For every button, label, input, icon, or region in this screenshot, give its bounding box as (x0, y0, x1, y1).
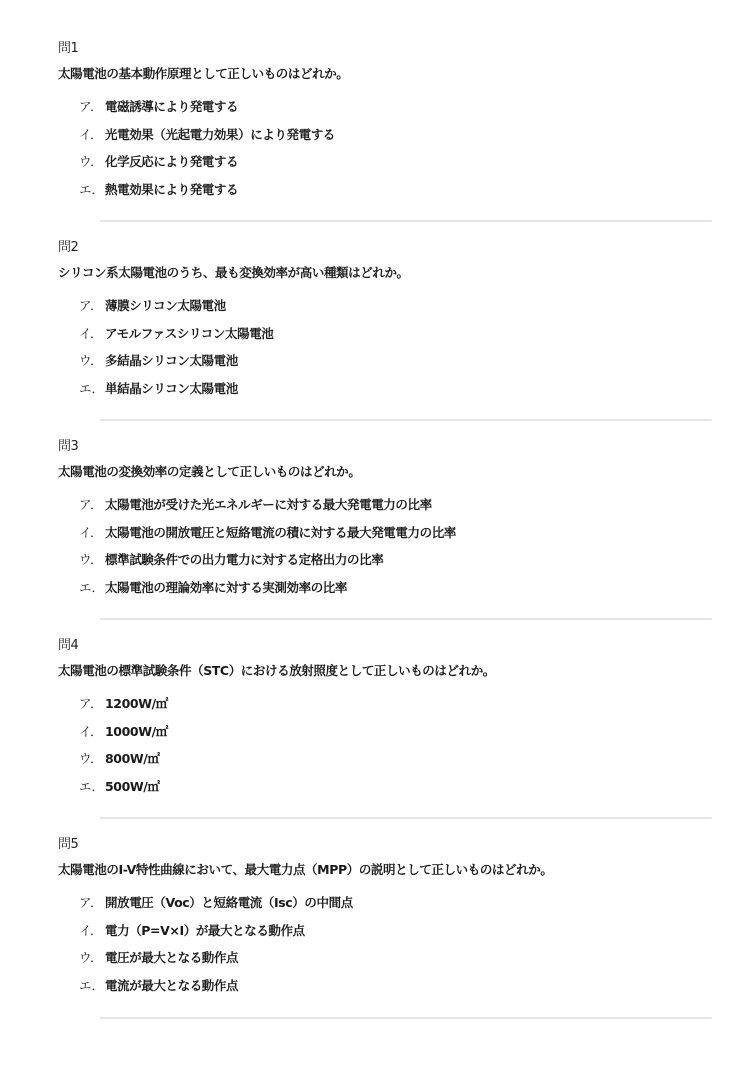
option-text: 光電効果（光起電力効果）により発電する (105, 127, 335, 143)
question-number: 問5 (58, 837, 78, 853)
question-2: 問2 シリコン系太陽電池のうち、最も変換効率が高い種類はどれか。 ア．薄膜シリコ… (0, 240, 742, 439)
option-marker: エ． (79, 978, 105, 994)
question-text: 太陽電池の基本動作原理として正しいものはどれか。 (58, 66, 348, 82)
option-b[interactable]: イ．電力（P=V×I）が最大となる動作点 (79, 923, 353, 951)
option-marker: ウ． (79, 950, 105, 966)
question-text: シリコン系太陽電池のうち、最も変換効率が高い種類はどれか。 (58, 265, 409, 281)
option-marker: ア． (79, 99, 105, 115)
option-d[interactable]: エ．太陽電池の理論効率に対する実測効率の比率 (79, 580, 456, 608)
option-b[interactable]: イ．1000W/㎡ (79, 724, 168, 752)
option-marker: エ． (79, 381, 105, 397)
question-4: 問4 太陽電池の標準試験条件（STC）における放射照度として正しいものはどれか。… (0, 638, 742, 837)
option-text: 開放電圧（Voc）と短絡電流（Isc）の中間点 (105, 895, 353, 911)
option-a[interactable]: ア．電磁誘導により発電する (79, 99, 335, 127)
divider (100, 817, 712, 819)
divider (100, 1017, 712, 1019)
option-c[interactable]: ウ．化学反応により発電する (79, 154, 335, 182)
question-3: 問3 太陽電池の変換効率の定義として正しいものはどれか。 ア．太陽電池が受けた光… (0, 439, 742, 638)
question-number: 問4 (58, 638, 78, 654)
option-list: ア．開放電圧（Voc）と短絡電流（Isc）の中間点 イ．電力（P=V×I）が最大… (79, 895, 353, 1005)
option-text: 太陽電池が受けた光エネルギーに対する最大発電電力の比率 (105, 497, 432, 513)
option-text: 標準試験条件での出力電力に対する定格出力の比率 (105, 552, 383, 568)
option-b[interactable]: イ．太陽電池の開放電圧と短絡電流の積に対する最大発電電力の比率 (79, 525, 456, 553)
option-a[interactable]: ア．1200W/㎡ (79, 696, 168, 724)
option-text: 500W/㎡ (105, 779, 160, 795)
option-marker: イ． (79, 923, 105, 939)
option-a[interactable]: ア．開放電圧（Voc）と短絡電流（Isc）の中間点 (79, 895, 353, 923)
option-d[interactable]: エ．電流が最大となる動作点 (79, 978, 353, 1006)
option-marker: ウ． (79, 552, 105, 568)
option-marker: イ． (79, 525, 105, 541)
question-number: 問2 (58, 240, 78, 256)
question-text: 太陽電池の標準試験条件（STC）における放射照度として正しいものはどれか。 (58, 663, 495, 679)
option-list: ア．1200W/㎡ イ．1000W/㎡ ウ．800W/㎡ エ．500W/㎡ (79, 696, 168, 806)
option-marker: エ． (79, 580, 105, 596)
question-number: 問1 (58, 41, 78, 57)
option-marker: ア． (79, 696, 105, 712)
option-list: ア．太陽電池が受けた光エネルギーに対する最大発電電力の比率 イ．太陽電池の開放電… (79, 497, 456, 607)
option-c[interactable]: ウ．標準試験条件での出力電力に対する定格出力の比率 (79, 552, 456, 580)
question-text: 太陽電池の変換効率の定義として正しいものはどれか。 (58, 464, 361, 480)
option-list: ア．電磁誘導により発電する イ．光電効果（光起電力効果）により発電する ウ．化学… (79, 99, 335, 209)
option-marker: エ． (79, 182, 105, 198)
option-text: アモルファスシリコン太陽電池 (105, 326, 273, 342)
option-marker: イ． (79, 724, 105, 740)
option-marker: ア． (79, 895, 105, 911)
question-number: 問3 (58, 439, 78, 455)
option-text: 1000W/㎡ (105, 724, 168, 740)
question-1: 問1 太陽電池の基本動作原理として正しいものはどれか。 ア．電磁誘導により発電す… (0, 41, 742, 240)
option-marker: ウ． (79, 353, 105, 369)
option-d[interactable]: エ．単結晶シリコン太陽電池 (79, 381, 273, 409)
option-a[interactable]: ア．薄膜シリコン太陽電池 (79, 298, 273, 326)
option-list: ア．薄膜シリコン太陽電池 イ．アモルファスシリコン太陽電池 ウ．多結晶シリコン太… (79, 298, 273, 408)
option-text: 電磁誘導により発電する (105, 99, 238, 115)
option-text: 化学反応により発電する (105, 154, 238, 170)
question-text: 太陽電池のI-V特性曲線において、最大電力点（MPP）の説明として正しいものはど… (58, 862, 552, 878)
question-5: 問5 太陽電池のI-V特性曲線において、最大電力点（MPP）の説明として正しいも… (0, 837, 742, 1036)
option-text: 太陽電池の開放電圧と短絡電流の積に対する最大発電電力の比率 (105, 525, 456, 541)
option-a[interactable]: ア．太陽電池が受けた光エネルギーに対する最大発電電力の比率 (79, 497, 456, 525)
option-text: 電流が最大となる動作点 (105, 978, 238, 994)
divider (100, 618, 712, 620)
option-d[interactable]: エ．500W/㎡ (79, 779, 168, 807)
divider (100, 419, 712, 421)
option-marker: ウ． (79, 751, 105, 767)
option-marker: イ． (79, 127, 105, 143)
option-marker: ア． (79, 497, 105, 513)
option-b[interactable]: イ．アモルファスシリコン太陽電池 (79, 326, 273, 354)
option-marker: エ． (79, 779, 105, 795)
option-text: 多結晶シリコン太陽電池 (105, 353, 238, 369)
option-text: 電圧が最大となる動作点 (105, 950, 238, 966)
option-c[interactable]: ウ．800W/㎡ (79, 751, 168, 779)
option-text: 単結晶シリコン太陽電池 (105, 381, 238, 397)
divider (100, 220, 712, 222)
option-b[interactable]: イ．光電効果（光起電力効果）により発電する (79, 127, 335, 155)
option-text: 800W/㎡ (105, 751, 160, 767)
option-text: 1200W/㎡ (105, 696, 168, 712)
option-text: 電力（P=V×I）が最大となる動作点 (105, 923, 305, 939)
option-marker: ア． (79, 298, 105, 314)
option-text: 薄膜シリコン太陽電池 (105, 298, 226, 314)
option-marker: ウ． (79, 154, 105, 170)
option-c[interactable]: ウ．多結晶シリコン太陽電池 (79, 353, 273, 381)
option-text: 熱電効果により発電する (105, 182, 238, 198)
option-text: 太陽電池の理論効率に対する実測効率の比率 (105, 580, 347, 596)
option-d[interactable]: エ．熱電効果により発電する (79, 182, 335, 210)
option-marker: イ． (79, 326, 105, 342)
option-c[interactable]: ウ．電圧が最大となる動作点 (79, 950, 353, 978)
